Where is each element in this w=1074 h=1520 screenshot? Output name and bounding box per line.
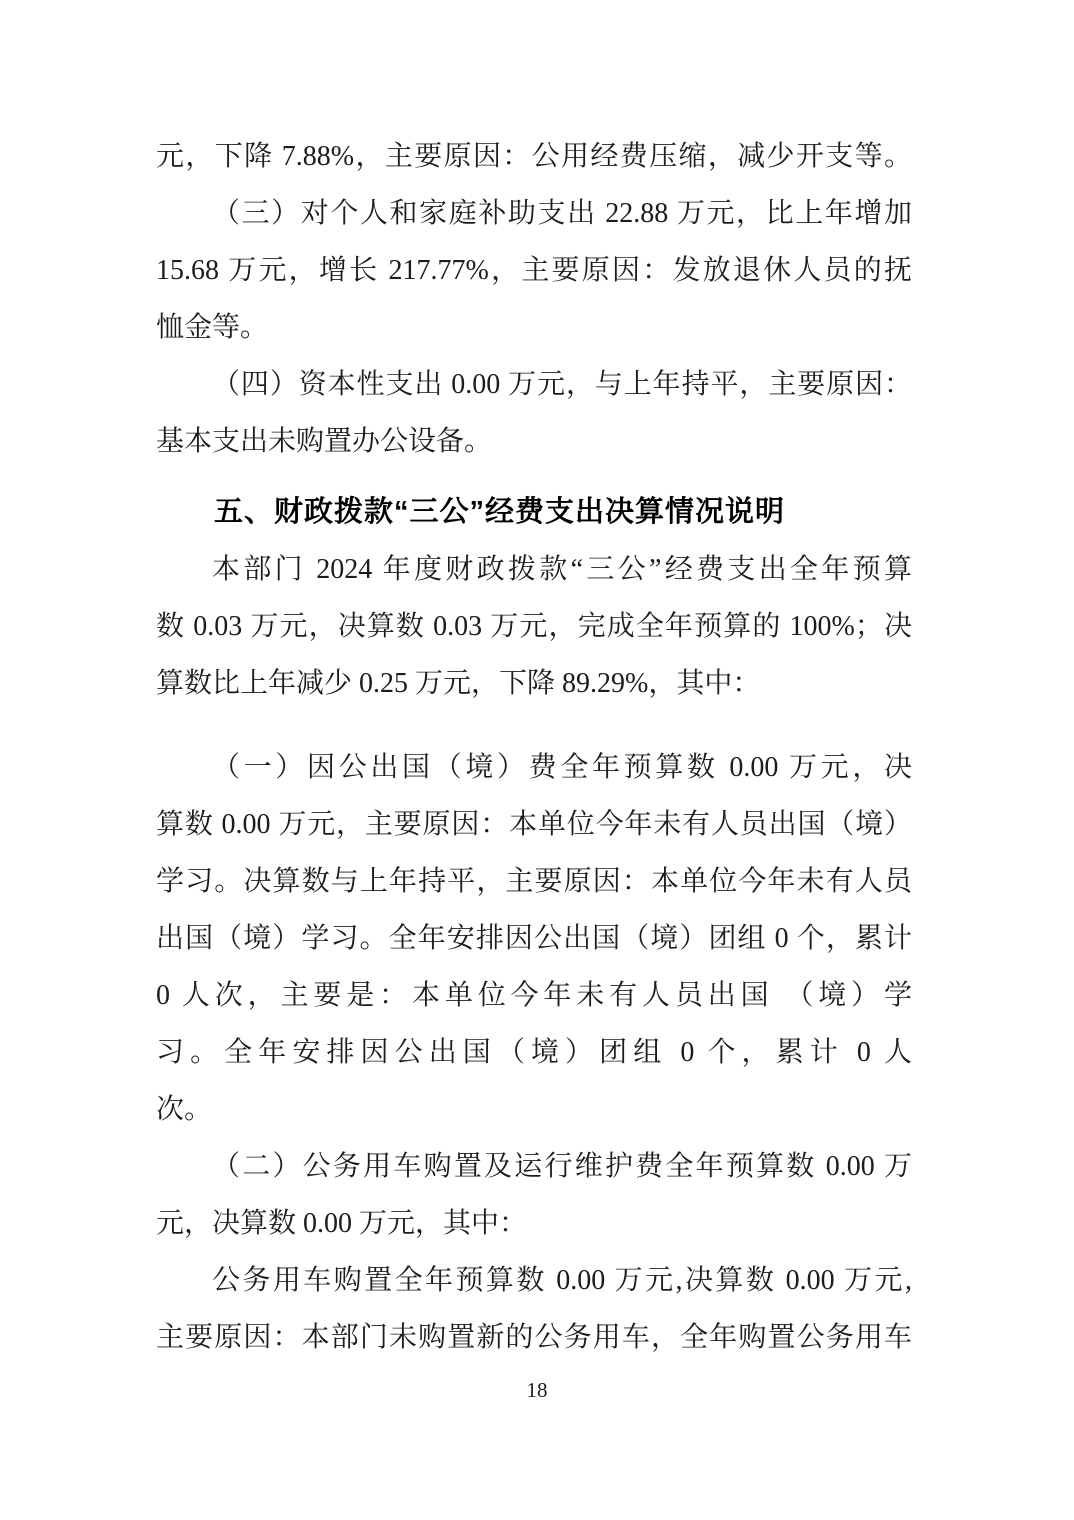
section-heading: 五、财政拨款“三公”经费支出决算情况说明: [156, 484, 912, 541]
paragraph: （二）公务用车购置及运行维护费全年预算数 0.00 万元，决算数 0.00 万元…: [156, 1138, 912, 1252]
paragraph: （三）对个人和家庭补助支出 22.88 万元，比上年增加15.68 万元，增长 …: [156, 185, 912, 356]
paragraph: （一）因公出国（境）费全年预算数 0.00 万元，决算数 0.00 万元，主要原…: [156, 739, 912, 1138]
text-line: （一）因公出国（境）费全年预算数 0.00 万元，决: [156, 739, 912, 796]
text-line: 公务用车购置全年预算数 0.00 万元,决算数 0.00 万元,: [156, 1252, 912, 1309]
text-line: 出国（境）学习。全年安排因公出国（境）团组 0 个，累计: [156, 910, 912, 967]
page-footer: 18: [0, 1378, 1074, 1403]
text-line: 元，下降 7.88%，主要原因：公用经费压缩，减少开支等。: [156, 128, 912, 185]
text-line: （二）公务用车购置及运行维护费全年预算数 0.00 万: [156, 1138, 912, 1195]
paragraph: 公务用车购置全年预算数 0.00 万元,决算数 0.00 万元,主要原因：本部门…: [156, 1252, 912, 1366]
document-page: 元，下降 7.88%，主要原因：公用经费压缩，减少开支等。（三）对个人和家庭补助…: [0, 0, 1074, 1520]
text-line: 习。全年安排因公出国（境）团组 0 个，累计 0 人: [156, 1024, 912, 1081]
text-line: 算数 0.00 万元，主要原因：本单位今年未有人员出国（境）: [156, 796, 912, 853]
text-line: 算数比上年减少 0.25 万元，下降 89.29%，其中：: [156, 655, 912, 712]
paragraph: 元，下降 7.88%，主要原因：公用经费压缩，减少开支等。: [156, 128, 912, 185]
text-line: （三）对个人和家庭补助支出 22.88 万元，比上年增加: [156, 185, 912, 242]
text-line: 学习。决算数与上年持平，主要原因：本单位今年未有人员: [156, 853, 912, 910]
text-line: 五、财政拨款“三公”经费支出决算情况说明: [156, 484, 912, 541]
text-line: （四）资本性支出 0.00 万元，与上年持平，主要原因：: [156, 356, 912, 413]
text-line: 元，决算数 0.00 万元，其中：: [156, 1195, 912, 1252]
text-line: 主要原因：本部门未购置新的公务用车，全年购置公务用车: [156, 1309, 912, 1366]
text-line: 基本支出未购置办公设备。: [156, 413, 912, 470]
text-line: 恤金等。: [156, 299, 912, 356]
paragraph: （四）资本性支出 0.00 万元，与上年持平，主要原因：基本支出未购置办公设备。: [156, 356, 912, 470]
paragraph: 本部门 2024 年度财政拨款“三公”经费支出全年预算数 0.03 万元，决算数…: [156, 541, 912, 712]
text-line: 本部门 2024 年度财政拨款“三公”经费支出全年预算: [156, 541, 912, 598]
text-line: 0 人次，主要是：本单位今年未有人员出国 （境）学: [156, 967, 912, 1024]
page-number: 18: [527, 1378, 548, 1402]
text-line: 15.68 万元，增长 217.77%，主要原因：发放退休人员的抚: [156, 242, 912, 299]
text-line: 次。: [156, 1081, 912, 1138]
document-body: 元，下降 7.88%，主要原因：公用经费压缩，减少开支等。（三）对个人和家庭补助…: [156, 128, 912, 1366]
text-line: 数 0.03 万元，决算数 0.03 万元，完成全年预算的 100%；决: [156, 598, 912, 655]
